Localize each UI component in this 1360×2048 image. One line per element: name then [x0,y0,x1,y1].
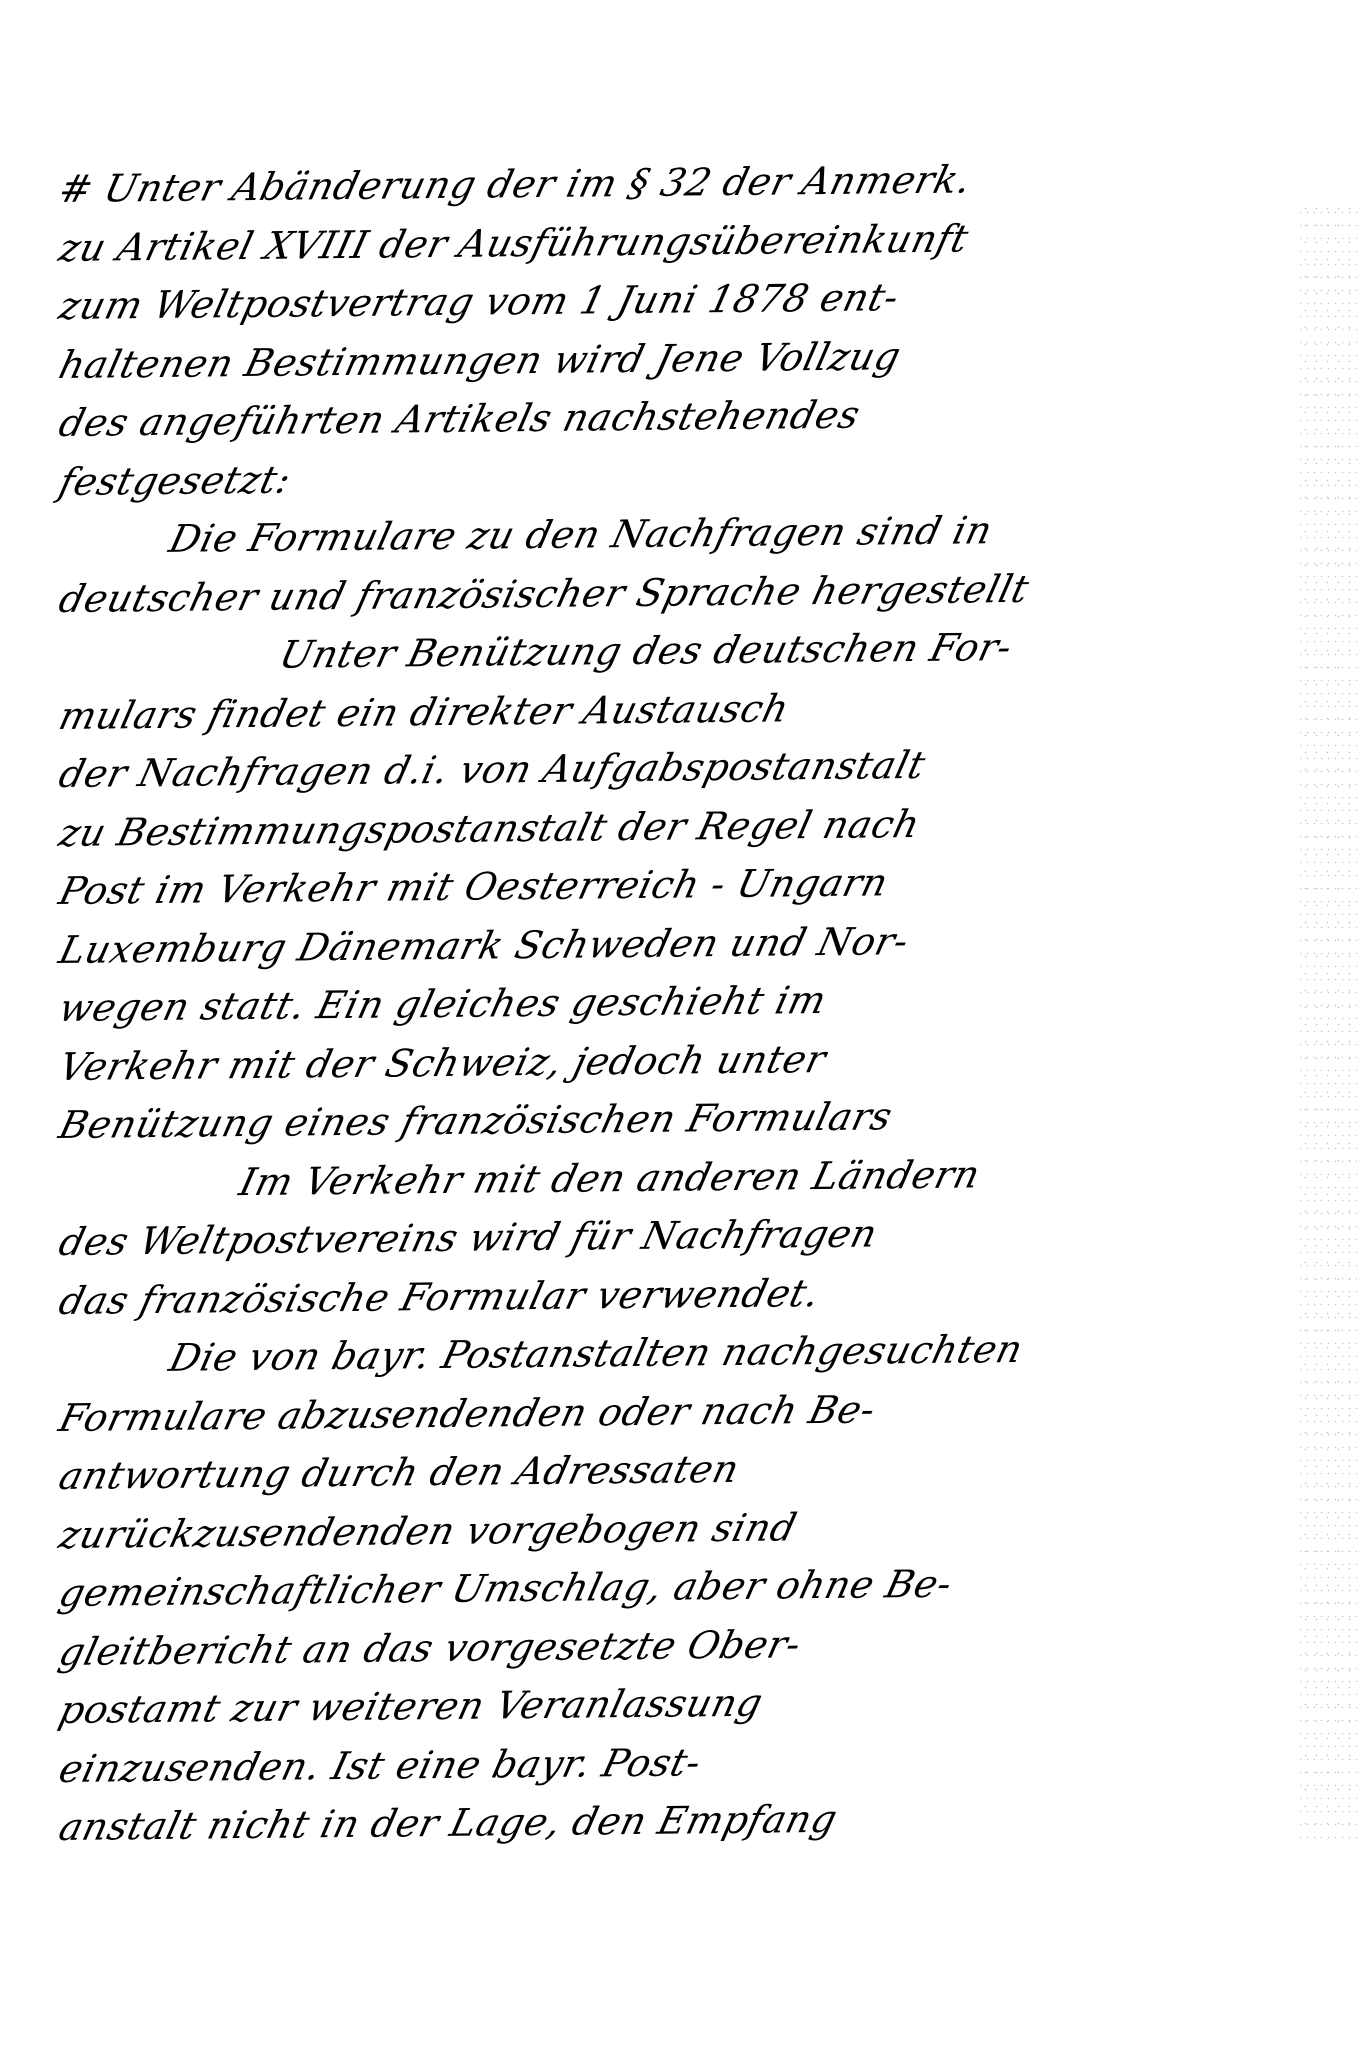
manuscript-page: # Unter Abänderung der im § 32 der Anmer… [0,0,1360,2048]
manuscript-line: anstalt nicht in der Lage, den Empfang [53,1784,1360,1856]
manuscript-text-block: # Unter Abänderung der im § 32 der Anmer… [60,160,1350,1857]
